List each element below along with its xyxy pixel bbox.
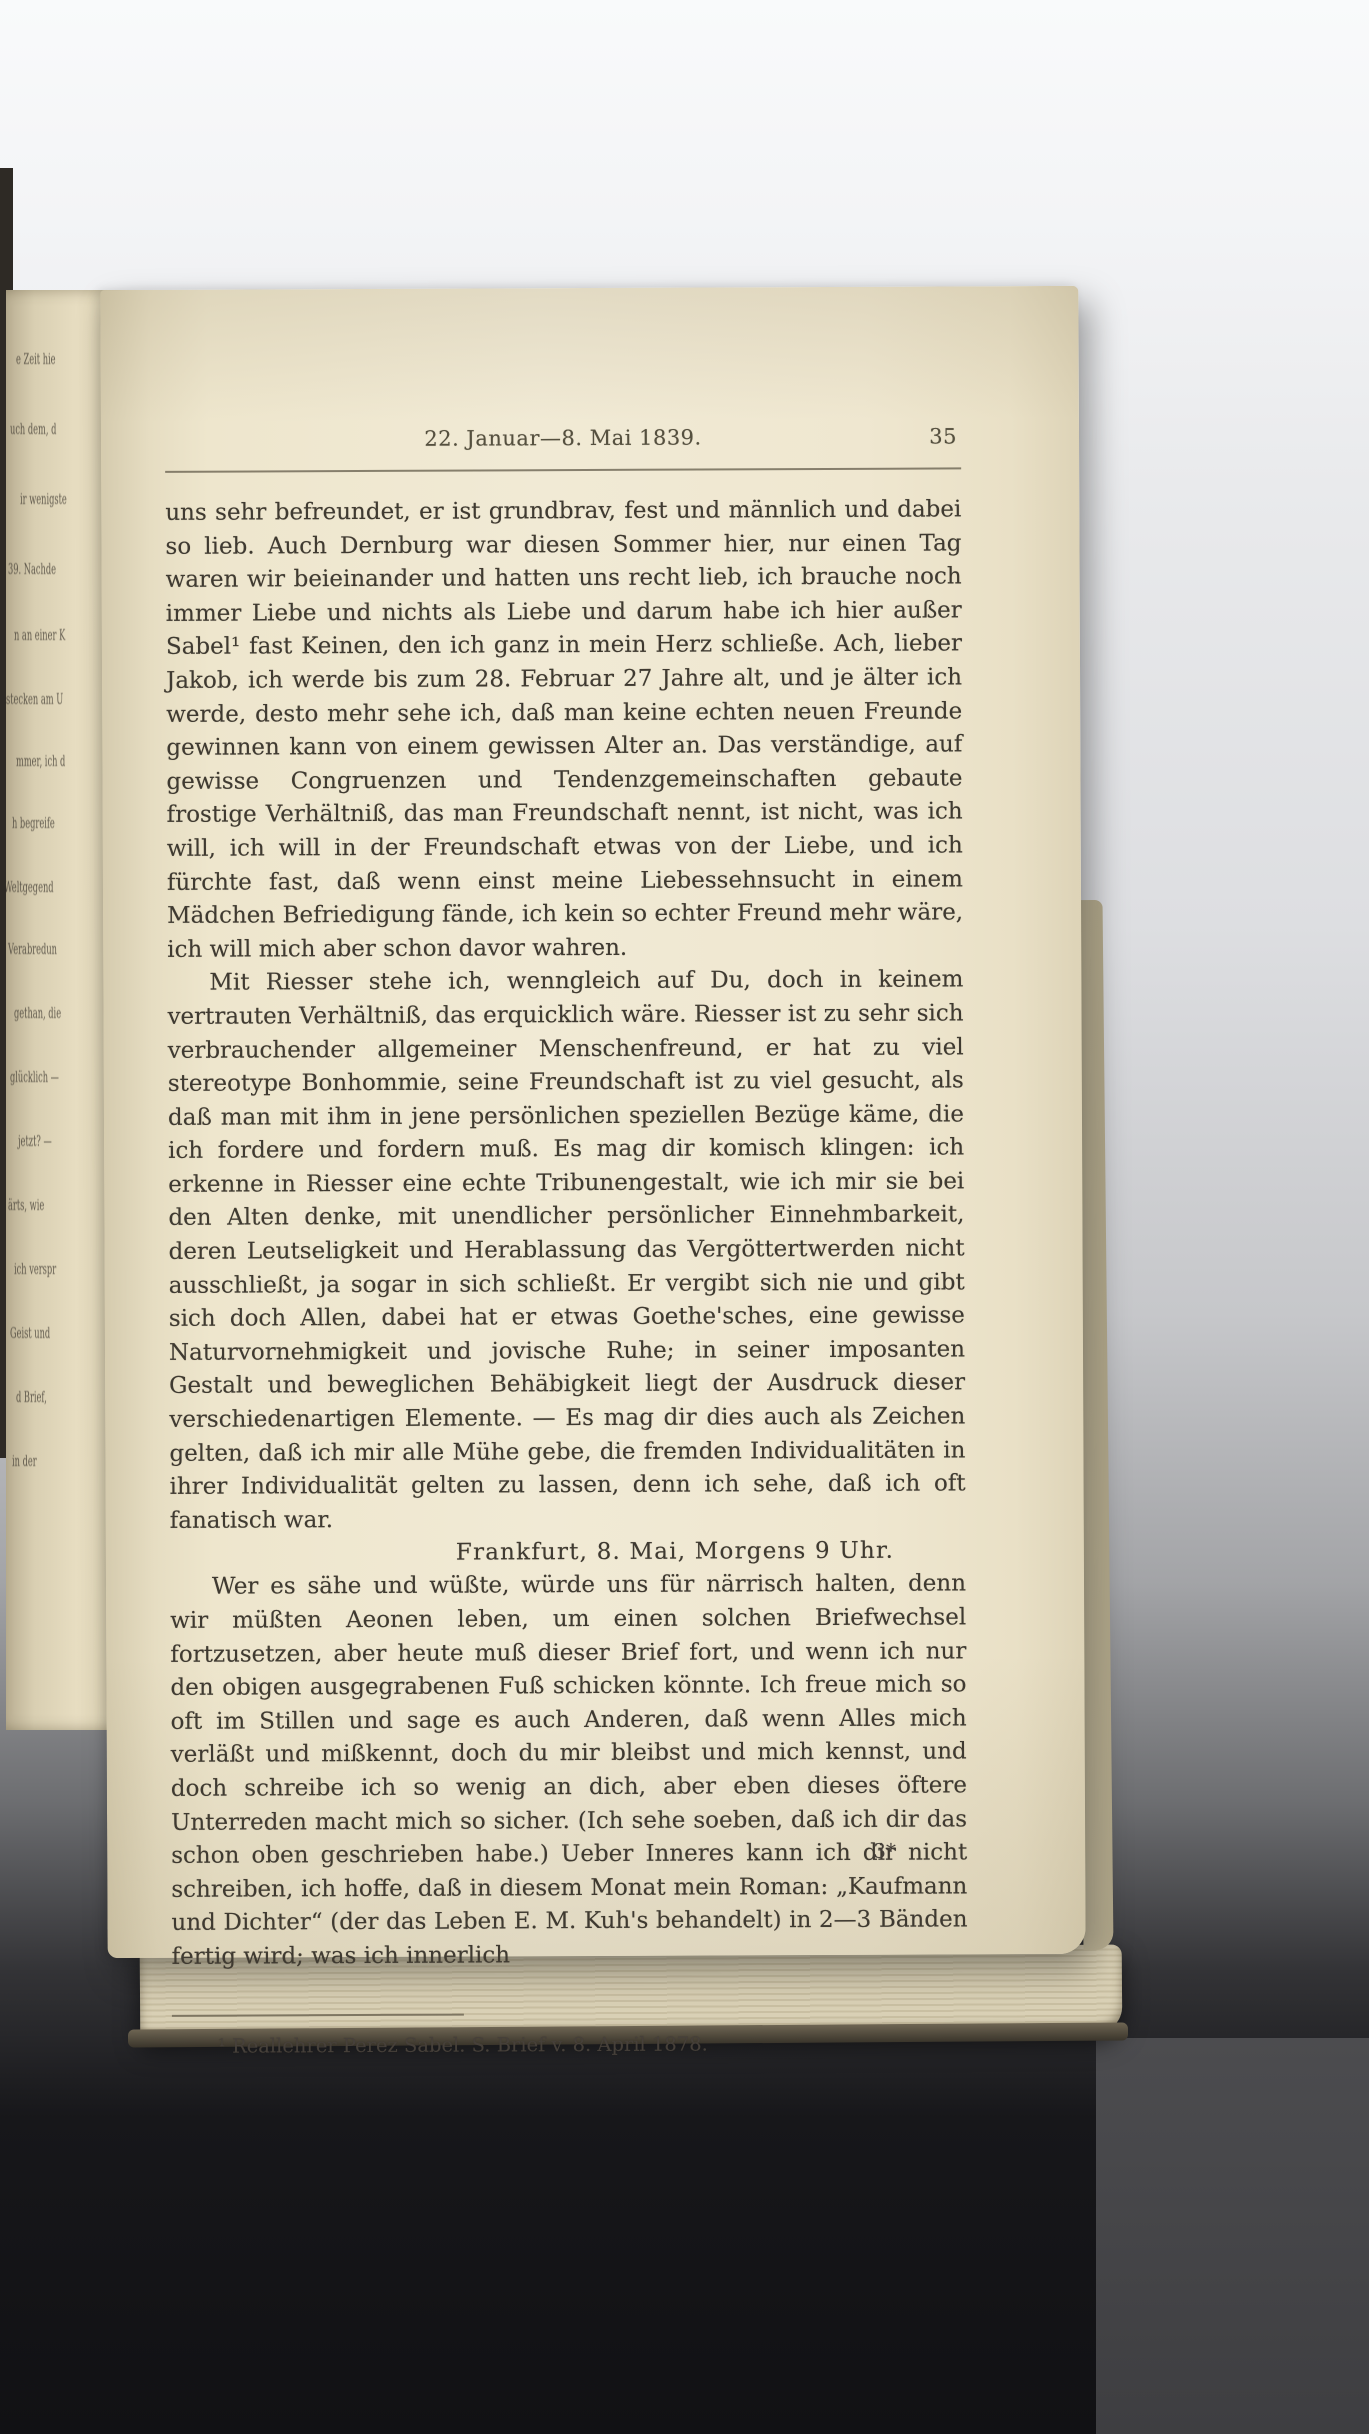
page-fragment: n an einer K	[14, 626, 65, 644]
page-fragment: ich verspr	[14, 1260, 56, 1278]
book-photo-scene: e Zeit hie uch dem, d ir wenigste 39. Na…	[0, 0, 1369, 2434]
page-number: 35	[929, 424, 957, 448]
page-fragment: gethan, die	[14, 1004, 61, 1022]
paragraph-3: Wer es sähe und wüßte, würde uns für när…	[170, 1568, 968, 1975]
page-fragment: Geist und	[10, 1324, 50, 1342]
page-fragment: ärts, wie	[8, 1196, 44, 1214]
page-fragment: 39. Nachde	[8, 560, 56, 578]
page-fragment: mmer, ich d	[16, 752, 65, 770]
right-page: 22. Januar—8. Mai 1839. 35 uns sehr befr…	[100, 286, 1085, 1958]
page-fragment: d Brief,	[16, 1388, 47, 1406]
page-fragment: uch dem, d	[10, 420, 56, 438]
page-fragment: glücklich —	[10, 1068, 59, 1086]
page-fragment: Weltgegend	[6, 878, 54, 896]
footnote-rule	[172, 2013, 464, 2016]
footnote: ¹ Reallehrer Perez Sabel. S. Brief v. 8.…	[172, 2029, 968, 2060]
running-header: 22. Januar—8. Mai 1839. 35	[165, 424, 961, 461]
table-corner-patch	[1096, 2038, 1369, 2434]
page-fragment: in der	[12, 1452, 37, 1470]
page-fragment: h begreife	[12, 814, 55, 832]
page-fragment: stecken am U	[6, 690, 63, 708]
signature-mark: 3*	[873, 1839, 896, 1863]
header-date-range: 22. Januar—8. Mai 1839.	[165, 424, 961, 451]
page-fragment: Verabredun	[8, 940, 57, 958]
dateline: Frankfurt, 8. Mai, Morgens 9 Uhr.	[170, 1535, 966, 1571]
paragraph-2: Mit Riesser stehe ich, wenngleich auf Du…	[167, 964, 965, 1539]
page-text-block: 22. Januar—8. Mai 1839. 35 uns sehr befr…	[165, 424, 968, 2079]
header-rule	[165, 467, 961, 472]
letter-body: uns sehr befreundet, er ist grundbrav, f…	[165, 493, 967, 1974]
page-fragment: e Zeit hie	[16, 350, 56, 368]
page-fragment: jetzt? —	[18, 1132, 52, 1150]
page-fragment: ir wenigste	[20, 490, 67, 508]
paragraph-1: uns sehr befreundet, er ist grundbrav, f…	[165, 493, 963, 967]
